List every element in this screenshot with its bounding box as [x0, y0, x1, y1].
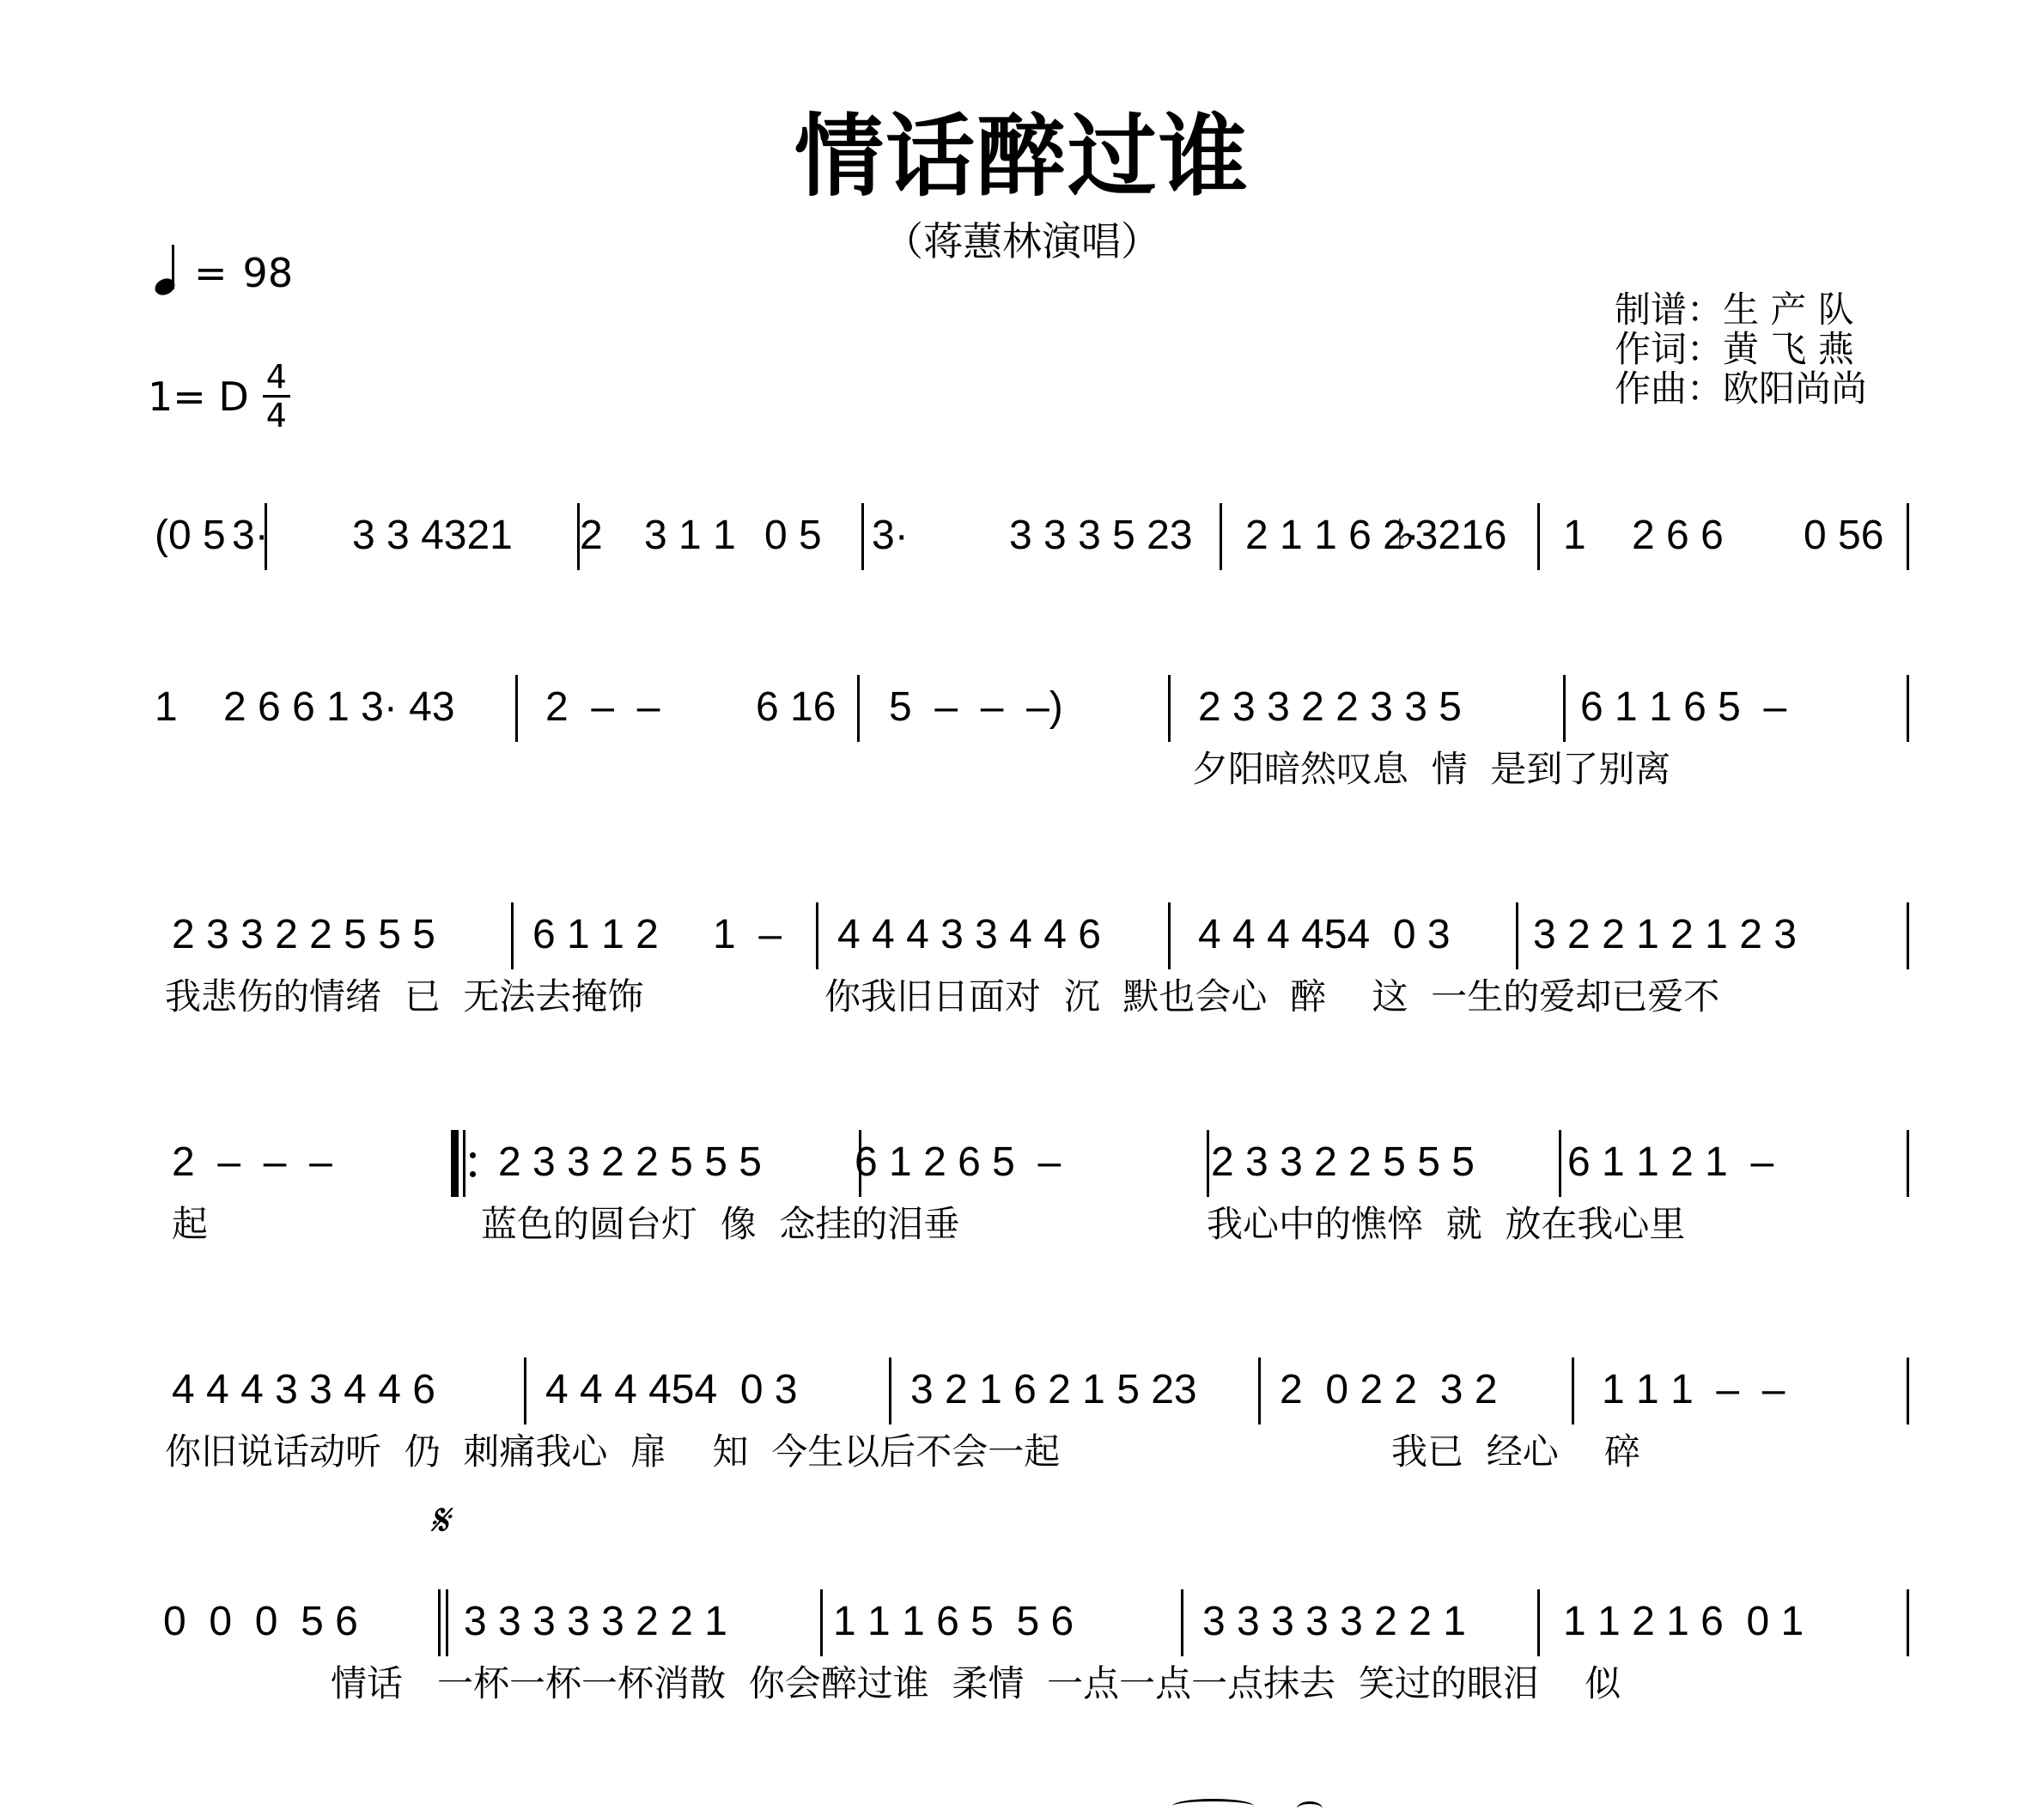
time-signature: 4 4 [263, 361, 290, 432]
note-group: 0 56 [1804, 515, 1883, 556]
key-signature: 1= D 4 4 [148, 361, 290, 432]
key-label: 1= D [148, 374, 249, 420]
segno-icon: 𝄋 [429, 1498, 448, 1543]
lyrics-line: 我心中的憔悴 就 放在我心里 [1207, 1206, 1685, 1242]
slur-mark [1172, 1799, 1254, 1810]
barline [1907, 1589, 1909, 1656]
barline [1220, 503, 1222, 570]
note-group: (0 5 [155, 515, 226, 556]
lyrics-line: 我已 经心 碎 [1391, 1434, 1640, 1470]
note-group: 3 3 3 3 3 2 2 1 [1202, 1601, 1466, 1643]
note-group: 3· [232, 515, 269, 556]
barline [889, 1357, 891, 1424]
note-group: 3 3 3 3 3 2 2 1 [464, 1601, 727, 1643]
barline [1559, 1130, 1561, 1197]
barline [524, 1357, 526, 1424]
time-top: 4 [266, 361, 287, 393]
note-group: 6 1 2 6 5 – [855, 1142, 1061, 1183]
note-group: ♭3216 [1396, 515, 1506, 556]
note-group: 1 – [713, 914, 782, 956]
barline [1168, 675, 1171, 742]
note-group: 4 4 4 3 3 4 4 6 [172, 1370, 435, 1411]
barline [1907, 1357, 1909, 1424]
note-group: 0 5 [764, 515, 822, 556]
lyricist-credit: 作词：黄 飞 燕 [1615, 330, 1867, 369]
song-title: 情话醉过谁 [0, 112, 2044, 201]
note-group: 1 [155, 687, 178, 728]
note-group: 2 3 3 2 2 3 3 5 [1198, 687, 1462, 728]
quarter-note-icon [153, 245, 179, 296]
lyrics-line: 你我旧日面对 沉 默也会心 醉 这 一生的爱却已爱不 [824, 979, 1719, 1015]
note-group: 2 – – [545, 687, 660, 728]
barline [577, 503, 580, 570]
note-group: 2 3 3 2 2 5 5 5 [172, 914, 435, 956]
note-group: 2 [580, 515, 603, 556]
note-group: 6 1 1 2 [532, 914, 659, 956]
barline [1207, 1130, 1209, 1197]
note-group: 3 1 1 [644, 515, 736, 556]
barline [861, 503, 864, 570]
lyrics-line: 蓝色的圆台灯 像 念挂的泪垂 [481, 1206, 959, 1242]
barline [1181, 1589, 1183, 1656]
time-bottom: 4 [266, 399, 287, 432]
note-group: 0 0 0 5 6 [163, 1601, 358, 1643]
barline [857, 675, 860, 742]
note-group: 3 3 3 5 23 [1009, 515, 1193, 556]
note-group: 6 16 [756, 687, 836, 728]
barline [1563, 675, 1566, 742]
note-group: 2 3 3 2 2 5 5 5 [498, 1142, 762, 1183]
lyrics-line: 起 [172, 1206, 208, 1242]
note-group: 4 4 4 3 3 4 4 6 [837, 914, 1101, 956]
performer-subtitle: （蒋蕙林演唱） [0, 222, 2044, 261]
barline [859, 1130, 861, 1197]
lyrics-line: 情话 一杯一杯一杯消散 你会醉过谁 柔情 一点一点一点抹去 笑过的眼泪 似 [331, 1666, 1621, 1702]
note-group: 5 – – –) [889, 687, 1063, 728]
barline [1907, 1130, 1909, 1197]
barline [1907, 902, 1909, 969]
note-group: 6 1 1 6 5 – [1580, 687, 1786, 728]
note-group: 3· [872, 515, 909, 556]
note-group: 2 6 6 1 3· 43 [223, 687, 455, 728]
tempo-bpm: 98 [243, 250, 294, 296]
lyrics-line: 我悲伤的情绪 已 无法去掩饰 [165, 979, 643, 1015]
barline [1516, 902, 1518, 969]
tempo-marking: = 98 [153, 245, 293, 296]
barline [1572, 1357, 1574, 1424]
note-group: 2 0 2 2 3 2 [1280, 1370, 1498, 1411]
barline [1537, 503, 1540, 570]
note-group: 1 1 2 1 6 0 1 [1563, 1601, 1804, 1643]
composer-credit: 作曲：欧阳尚尚 [1615, 369, 1867, 409]
credits: 制谱：生 产 队 作词：黄 飞 燕 作曲：欧阳尚尚 [1615, 290, 1867, 409]
slur-mark [1297, 1801, 1323, 1810]
barline [816, 902, 818, 969]
note-group: 1 [1563, 515, 1586, 556]
note-group: 2 – – – [172, 1142, 332, 1183]
arranger-credit: 制谱：生 产 队 [1615, 290, 1867, 330]
tempo-equals: = [194, 250, 228, 296]
note-group: 1 1 1 – – [1602, 1370, 1785, 1411]
note-group: 2 1 1 6 2· [1245, 515, 1420, 556]
note-group: 3 2 2 1 2 1 2 3 [1533, 914, 1797, 956]
note-group: 4 4 4 454 0 3 [1198, 914, 1451, 956]
note-group: 4 4 4 454 0 3 [545, 1370, 798, 1411]
barline [1258, 1357, 1261, 1424]
note-group: 3 3 4321 [352, 515, 513, 556]
barline [1168, 902, 1171, 969]
barline [511, 902, 514, 969]
barline [265, 503, 267, 570]
barline [1907, 503, 1909, 570]
barline [820, 1589, 823, 1656]
lyrics-line: 你旧说话动听 仍 刺痛我心 扉 知 今生以后不会一起 [165, 1434, 1060, 1470]
barline [515, 675, 518, 742]
barline [1537, 1589, 1540, 1656]
note-group: 3 2 1 6 2 1 5 23 [910, 1370, 1197, 1411]
note-group: 2 3 3 2 2 5 5 5 [1211, 1142, 1475, 1183]
note-group: 6 1 1 2 1 – [1567, 1142, 1773, 1183]
note-group: 2 6 6 [1632, 515, 1724, 556]
note-group: 1 1 1 6 5 5 6 [833, 1601, 1074, 1643]
lyrics-line: 夕阳暗然叹息 情 是到了别离 [1192, 751, 1670, 787]
barline [1907, 675, 1909, 742]
